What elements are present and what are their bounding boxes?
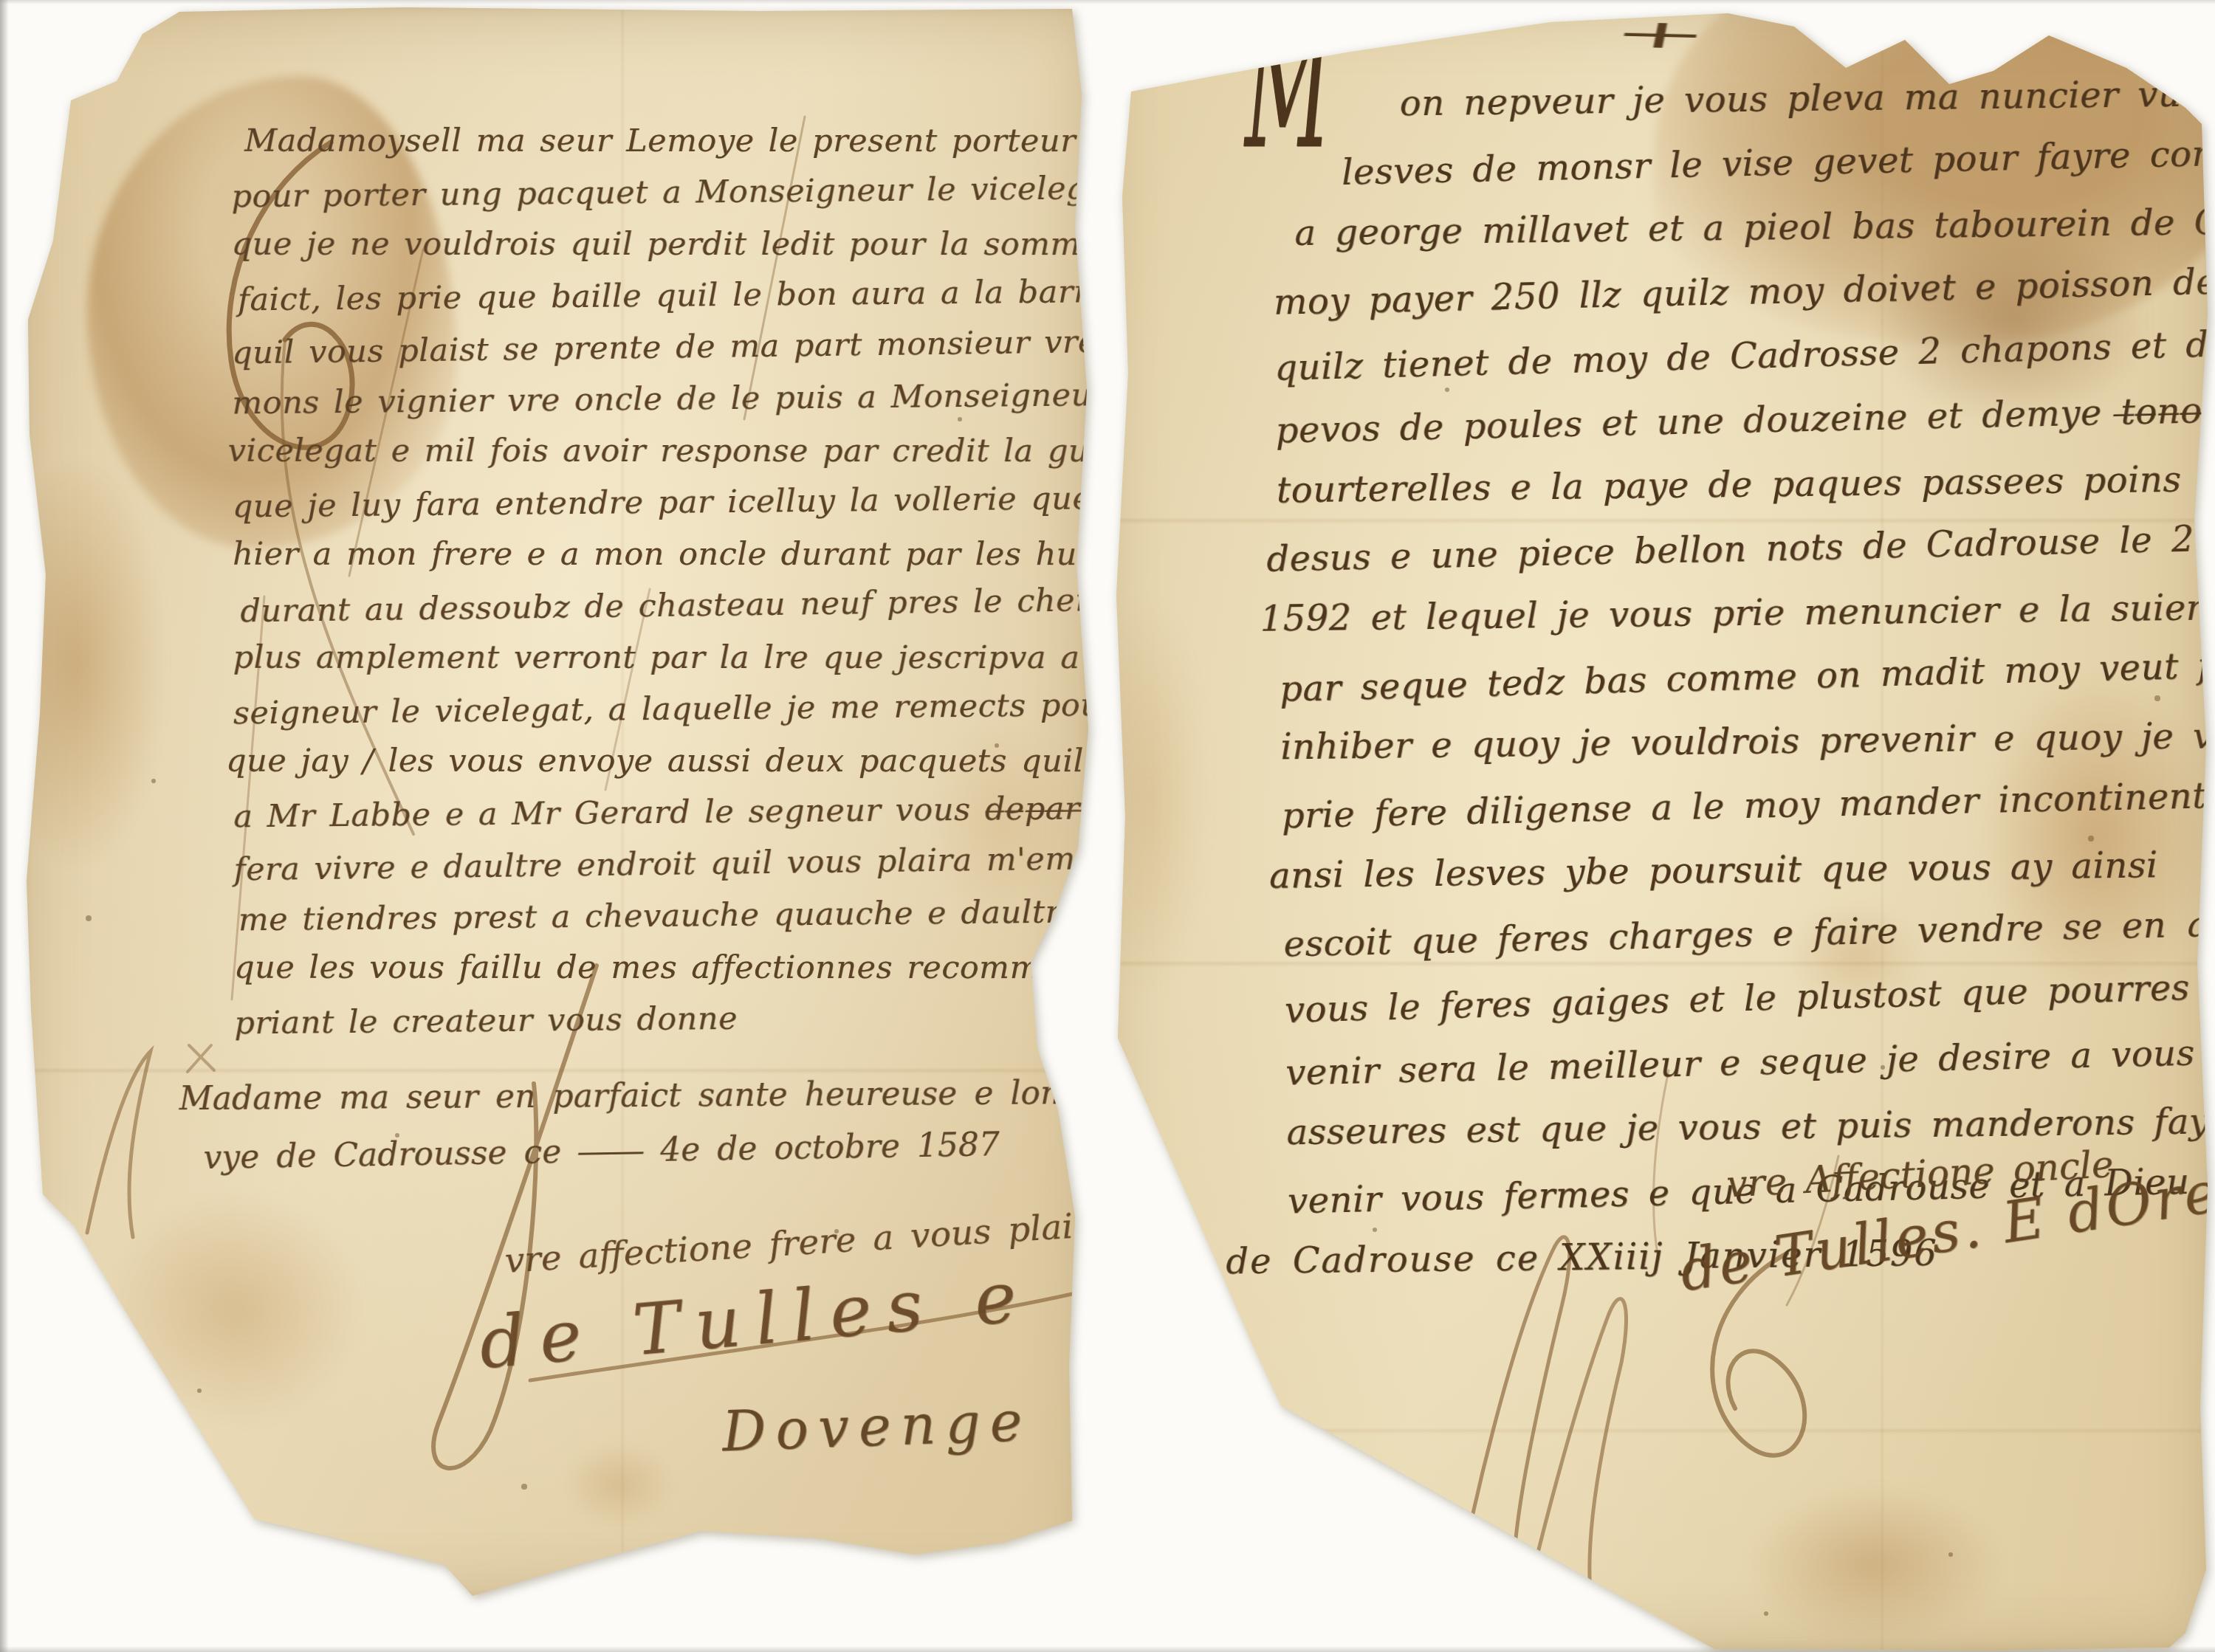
water-stain	[21, 464, 161, 862]
manuscript-line: faict, les prie que baille quil le bon a…	[238, 266, 1082, 326]
manuscript-line: plus amplement verront par la lre que je…	[233, 632, 1082, 684]
scan-edge-shadow-left	[0, 0, 9, 1652]
manuscript-line: durant au dessoubz de chasteau neuf pres…	[240, 575, 1082, 638]
manuscript-line: quil vous plaist se prente de ma part mo…	[232, 316, 1082, 379]
right-letter-body: on nepveur je vous pleva ma nuncier vues…	[1270, 61, 2215, 1295]
cross-mark-icon: +	[1607, 10, 1713, 59]
manuscript-line: Madamoysell ma seur Lemoye le present po…	[244, 115, 1080, 167]
manuscript-line: que je luy fara entendre par icelluy la …	[233, 472, 1082, 532]
left-letter-body: Madamoysell ma seur Lemoye le present po…	[231, 114, 1083, 1047]
left-letter-page: Madamoysell ma seur Lemoye le present po…	[21, 6, 1091, 1602]
water-stain	[1750, 1488, 2001, 1643]
manuscript-line: pour porter ung pacquet a Monseigneur le…	[231, 162, 1081, 222]
manuscript-line: vye de Cadrousse ce ―― 4e de octobre 158…	[203, 1116, 1091, 1186]
manuscript-line: vicelegat e mil fois avoir response par …	[228, 425, 1082, 477]
manuscript-line: hier a mon frere e a mon oncle durant pa…	[233, 529, 1082, 580]
water-stain	[1100, 602, 1203, 994]
right-letter-paper: + M on nepveur je vous pleva ma nuncier …	[1100, 4, 2215, 1652]
manuscript-line: a Mr Labbe e a Mr Gerard le segneur vous…	[233, 782, 1083, 842]
water-stain	[109, 1194, 360, 1423]
manuscript-line: que jay / les vous envoye aussi deux pac…	[226, 735, 1082, 787]
left-letter-paper: Madamoysell ma seur Lemoye le present po…	[21, 6, 1091, 1602]
manuscript-line: fera vivre e daultre endroit quil vous p…	[233, 833, 1083, 895]
manuscript-line: mons le vignier vre oncle de le puis a M…	[232, 369, 1082, 429]
manuscript-line: Madame ma seur en parfaict sante heureus…	[179, 1066, 1091, 1126]
manuscript-line: que les vous faillu de mes affectionnes …	[234, 942, 1083, 994]
left-letter-postscript: Madame ma seur en parfaict sante heureus…	[179, 1064, 1091, 1183]
right-letter-page: + M on nepveur je vous pleva ma nuncier …	[1100, 4, 2215, 1652]
manuscript-line: que je ne vouldrois quil perdit ledit po…	[232, 218, 1081, 270]
manuscript-line: seigneur le vicelegat, a laquelle je me …	[233, 679, 1082, 739]
manuscript-line: me tiendres prest a chevauche quauche e …	[238, 886, 1083, 946]
water-stain	[563, 1442, 674, 1527]
left-letter-signature-place: Dovenge	[721, 1390, 1033, 1465]
manuscript-scan: Madamoysell ma seur Lemoye le present po…	[0, 0, 2215, 1652]
manuscript-line: priant le createur vous donne	[234, 989, 1084, 1049]
